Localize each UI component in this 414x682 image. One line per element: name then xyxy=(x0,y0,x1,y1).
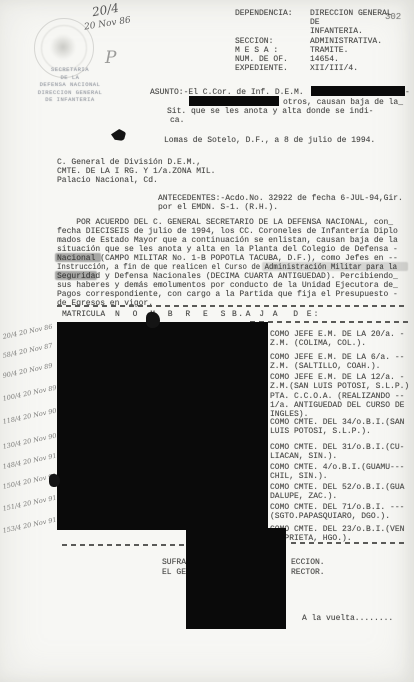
margin-note-6: 130/4 20 Nov 90 xyxy=(2,432,57,451)
redaction-block-signature xyxy=(186,528,286,629)
sufragio-fragment-right: ECCION. xyxy=(291,558,325,567)
baja-entry-6: COMO CMTE. DEL 31/o.B.I.(CU- LIACAN, SIN… xyxy=(270,443,404,461)
handwritten-ref-number: 20/4 xyxy=(91,1,120,19)
margin-note-4: 100/4 20 Nov 89 xyxy=(2,384,57,403)
body-line-2: fecha DIECISEIS de julio de 1994, los CC… xyxy=(57,227,398,236)
seal-emblem-icon xyxy=(50,34,76,60)
ink-smudge-icon xyxy=(55,271,97,280)
margin-note-2: 58/4 20 Nov 87 xyxy=(2,341,53,359)
body-line-8: sus haberes y demás emolumentos por cond… xyxy=(57,281,398,290)
secretaria-stamp-text: SECRETARIA DE LA DEFENSA NACIONAL DIRECC… xyxy=(14,66,126,104)
handwritten-p-mark: P xyxy=(105,48,116,68)
ink-smudge-icon xyxy=(55,253,101,262)
baja-entry-5: COMO CMTE. DEL 34/o.B.I.(SAN LUIS POTOSI… xyxy=(270,418,404,436)
ink-blob-icon xyxy=(111,129,126,141)
seccion-value: ADMINISTRATIVA. xyxy=(310,37,382,46)
baja-entry-8: COMO CMTE. DEL 52/o.B.I.(GUA DALUPE, ZAC… xyxy=(270,483,404,501)
ink-blob-icon xyxy=(49,474,60,487)
body-line-4: situación que se les anota y alta en la … xyxy=(57,245,398,254)
a-la-vuelta-note: A la vuelta........ xyxy=(302,614,393,623)
margin-note-1: 20/4 20 Nov 86 xyxy=(2,322,53,340)
column-header-baja: B A J A D E: xyxy=(232,310,320,319)
mesa-value: TRAMITE. xyxy=(310,46,348,55)
dependencia-value: DIRECCION GENERAL DE INFANTERIA. xyxy=(310,9,392,36)
baja-entry-9: COMO CMTE. DEL 71/o.B.I. --- (SGTO.PAPAS… xyxy=(270,503,404,521)
dependencia-label: DEPENDENCIA: xyxy=(235,9,293,18)
seccion-label: SECCION: xyxy=(235,37,273,46)
column-header-nombres: N O M B R E S . xyxy=(115,310,247,319)
asunto-line1-tail: - xyxy=(405,88,410,97)
dashed-rule-top xyxy=(57,305,408,307)
baja-entry-10: COMO CMTE. DEL 23/o.B.I.(VEN TA PRIETA, … xyxy=(270,525,404,543)
redaction-block-names xyxy=(57,322,268,530)
margin-note-3: 90/4 20 Nov 89 xyxy=(2,361,53,379)
body-line-9: Pagos correspondiente, con cargo a la Pa… xyxy=(57,290,398,299)
column-header-matricula: MATRICULA xyxy=(62,310,105,319)
margin-note-7: 148/4 20 Nov 91 xyxy=(2,452,57,471)
handwritten-date: 20 Nov 86 xyxy=(84,15,132,32)
scanned-document-page: SECRETARIA DE LA DEFENSA NACIONAL DIRECC… xyxy=(0,0,414,682)
ink-blob-icon xyxy=(146,312,160,328)
asunto-line3: Sit. que se les anota y alta donde se in… xyxy=(167,107,373,116)
num-oficio-value: 14654. xyxy=(310,55,339,64)
baja-entry-3: COMO JEFE E.M. DE LA 12/a. - Z.M.(SAN LU… xyxy=(270,373,409,391)
body-line-3: mados de Estado Mayor que a continuación… xyxy=(57,236,398,245)
baja-entry-4: PTA. C.C.O.A. (REALIZANDO -- 1/a. ANTIGU… xyxy=(270,392,404,419)
dashed-rule-header xyxy=(250,321,408,323)
asunto-line2: otros, causan baja de la_ xyxy=(283,98,403,107)
margin-note-9: 151/4 20 Nov 91 xyxy=(2,494,57,513)
mesa-label: M E S A : xyxy=(235,46,278,55)
baja-entry-1: COMO JEFE E.M. DE LA 20/a. - Z.M. (COLIM… xyxy=(270,330,404,348)
antecedentes-block: ANTECEDENTES:-Acdo.No. 32922 de fecha 6-… xyxy=(158,194,403,212)
asunto-line4: ca. xyxy=(170,116,184,125)
dateline: Lomas de Sotelo, D.F., a 8 de julio de 1… xyxy=(164,136,375,145)
expediente-value: XII/III/4. xyxy=(310,64,358,73)
redaction-bar-name1 xyxy=(311,86,405,96)
addressee-block: C. General de División D.E.M., CMTE. DE … xyxy=(57,158,215,185)
expediente-label: EXPEDIENTE. xyxy=(235,64,288,73)
margin-note-5: 118/4 20 Nov 90 xyxy=(2,407,57,426)
redaction-bar-name2 xyxy=(189,96,279,106)
ink-overwrite-icon xyxy=(262,262,408,271)
dashed-rule-bottom-left xyxy=(62,544,188,546)
body-line-1: POR ACUERDO DEL C. GENERAL SECRETARIO DE… xyxy=(57,218,393,227)
dashed-rule-bottom-right xyxy=(291,542,408,544)
margin-note-10: 153/4 20 Nov 91 xyxy=(2,516,57,535)
num-oficio-label: NUM. DE OF. xyxy=(235,55,288,64)
body-line-7: Seguridad y Defensa Nacionales (DECIMA C… xyxy=(57,272,398,281)
baja-entry-7: COMO CMTE. 4/o.B.I.(GUAMU--- CHIL, SIN.)… xyxy=(270,463,404,481)
baja-entry-2: COMO JEFE E.M. DE LA 6/a. -- Z.M. (SALTI… xyxy=(270,353,404,371)
director-fragment-right: RECTOR. xyxy=(291,568,325,577)
